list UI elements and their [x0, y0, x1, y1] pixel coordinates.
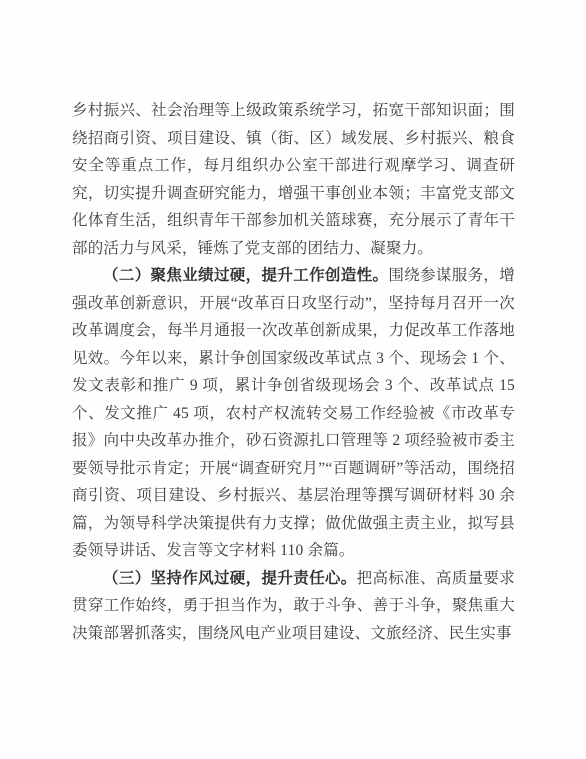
paragraph-lead: （二）聚焦业绩过硬，提升工作创造性。: [103, 267, 388, 284]
paragraph-text: 乡村振兴、社会治理等上级政策系统学习，拓宽干部知识面；围绕招商引资、项目建设、镇…: [72, 102, 515, 257]
document-page: 乡村振兴、社会治理等上级政策系统学习，拓宽干部知识面；围绕招商引资、项目建设、镇…: [0, 0, 586, 759]
paragraph: （三）坚持作风过硬，提升责任心。把高标准、高质量要求贯穿工作始终，勇于担当作为，…: [72, 565, 515, 648]
paragraph-text: 围绕参谋服务，增强改革创新意识，开展“改革百日攻坚行动”，坚持每月召开一次改革调…: [72, 267, 515, 559]
paragraph: （二）聚焦业绩过硬，提升工作创造性。围绕参谋服务，增强改革创新意识，开展“改革百…: [72, 262, 515, 565]
paragraph-lead: （三）坚持作风过硬，提升责任心。: [103, 570, 357, 587]
document-body: 乡村振兴、社会治理等上级政策系统学习，拓宽干部知识面；围绕招商引资、项目建设、镇…: [72, 97, 515, 647]
paragraph: 乡村振兴、社会治理等上级政策系统学习，拓宽干部知识面；围绕招商引资、项目建设、镇…: [72, 97, 515, 262]
